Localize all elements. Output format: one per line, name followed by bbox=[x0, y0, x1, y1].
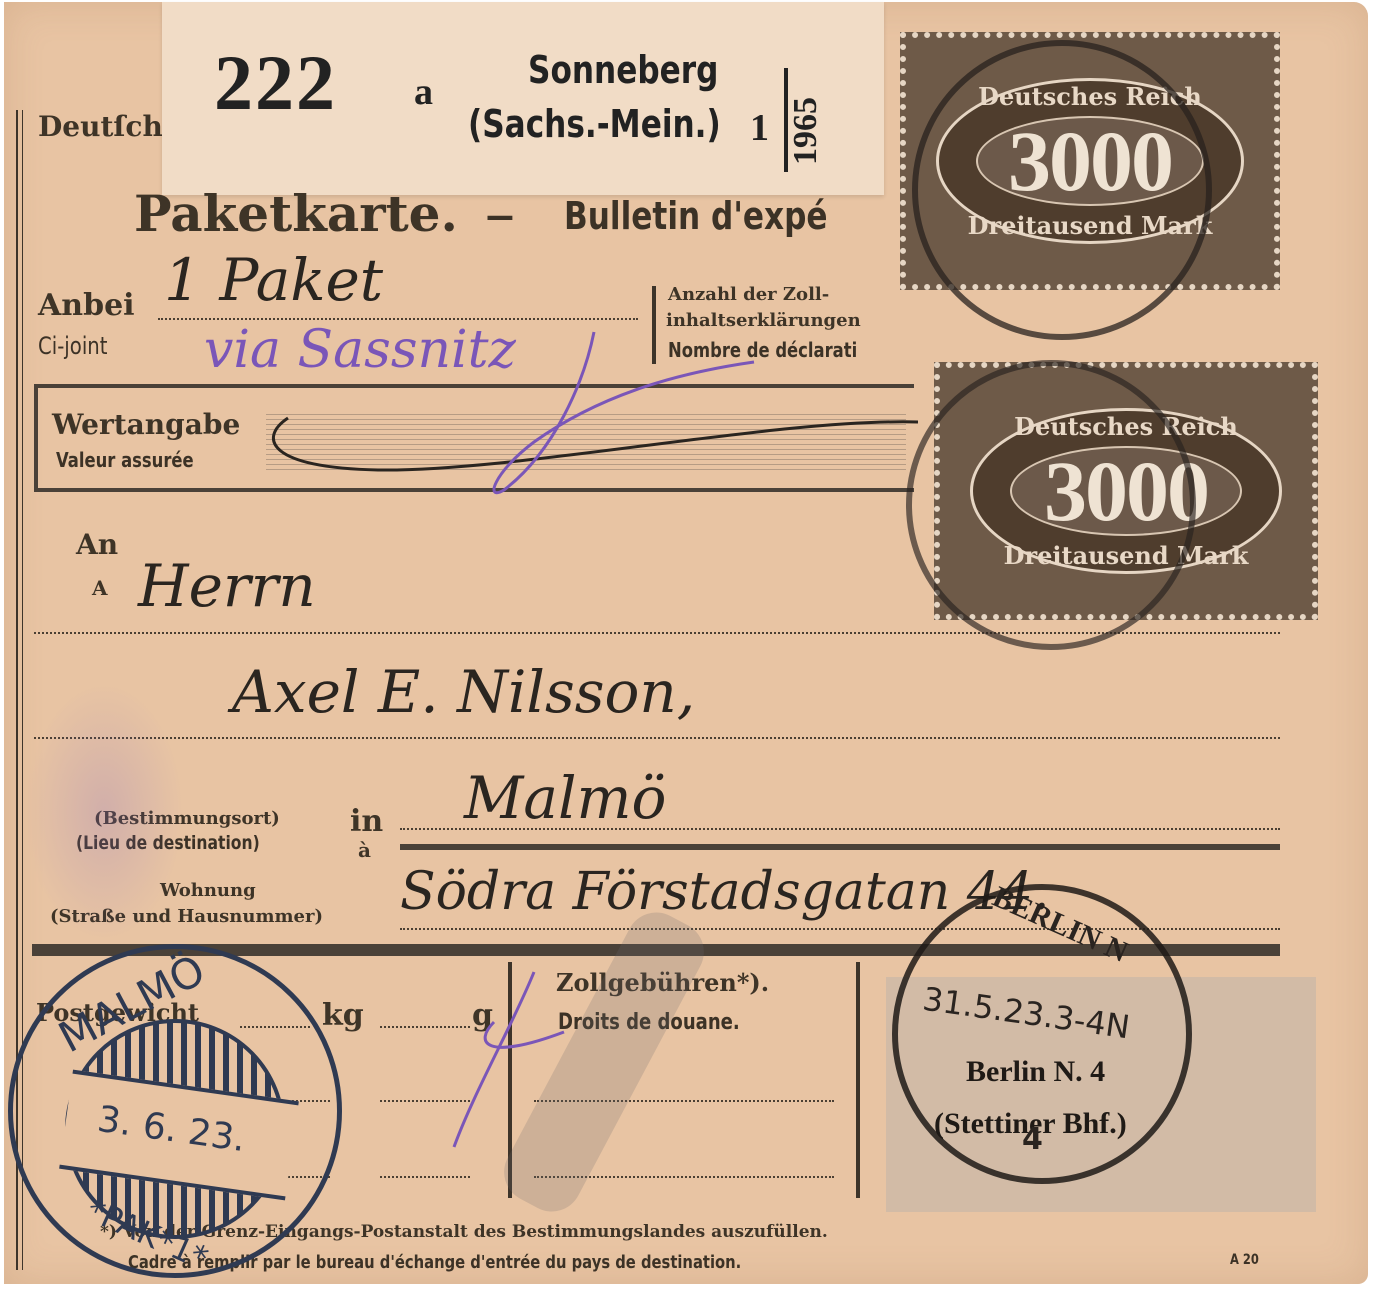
berlin-postmark-date: 31.5.23.3-4N bbox=[920, 980, 1132, 1047]
form-code: A 20 bbox=[1230, 1252, 1259, 1268]
recipient-name-handwritten: Axel E. Nilsson, bbox=[232, 658, 695, 726]
label-office-line1: Sonneberg bbox=[528, 48, 718, 92]
label-office-line2: (Sachs.-Mein.) bbox=[468, 102, 721, 146]
anbei-label: Anbei bbox=[38, 288, 135, 323]
recipient-line-2 bbox=[34, 737, 1280, 739]
violet-faint-cancel bbox=[24, 682, 184, 942]
label-vertical-code: 1965 bbox=[787, 81, 825, 181]
header-partial: Deutſch bbox=[38, 110, 163, 143]
sender-office-label: 222 a Sonneberg (Sachs.-Mein.) 1 1965 bbox=[162, 2, 884, 195]
title-fr: Bulletin d'expé bbox=[564, 194, 828, 238]
destination-prep-fr: à bbox=[358, 838, 371, 862]
label-number: 222 bbox=[214, 38, 337, 128]
weight-row3-g bbox=[380, 1176, 470, 1178]
label-office-code: 1 bbox=[750, 106, 769, 150]
cijoint-label: Ci-joint bbox=[38, 332, 107, 360]
cancel-postmark-stamp-1 bbox=[912, 40, 1212, 340]
fees-office-divider bbox=[856, 962, 860, 1198]
label-suffix: a bbox=[414, 70, 433, 114]
weight-kg-unit: kg bbox=[322, 998, 364, 1033]
a-label: A bbox=[92, 576, 108, 600]
valeur-label: Valeur assurée bbox=[56, 448, 194, 472]
cancel-postmark-stamp-2 bbox=[906, 360, 1196, 650]
title-de: Paketkarte. bbox=[134, 184, 458, 243]
destination-rule bbox=[400, 844, 1280, 850]
destination-dotted-line bbox=[400, 828, 1280, 830]
wertangabe-label: Wertangabe bbox=[52, 408, 240, 441]
salutation-handwritten: Herrn bbox=[138, 552, 316, 620]
berlin-postmark-office: 4 bbox=[1022, 1122, 1043, 1157]
an-label: An bbox=[76, 528, 118, 561]
anbei-handwritten: 1 Paket bbox=[164, 246, 383, 314]
destination-prep-de: in bbox=[350, 804, 383, 839]
violet-route-stroke bbox=[464, 322, 764, 502]
customs-count-line1: Anzahl der Zoll- bbox=[668, 284, 829, 305]
title-dash: — bbox=[486, 196, 514, 236]
berlin-postmark: BERLIN N 31.5.23.3-4N 4 bbox=[892, 884, 1192, 1184]
malmo-postmark: MALMÖ 3. 6. 23. *PAK*1* bbox=[8, 944, 342, 1278]
destination-handwritten: Malmö bbox=[464, 764, 666, 832]
